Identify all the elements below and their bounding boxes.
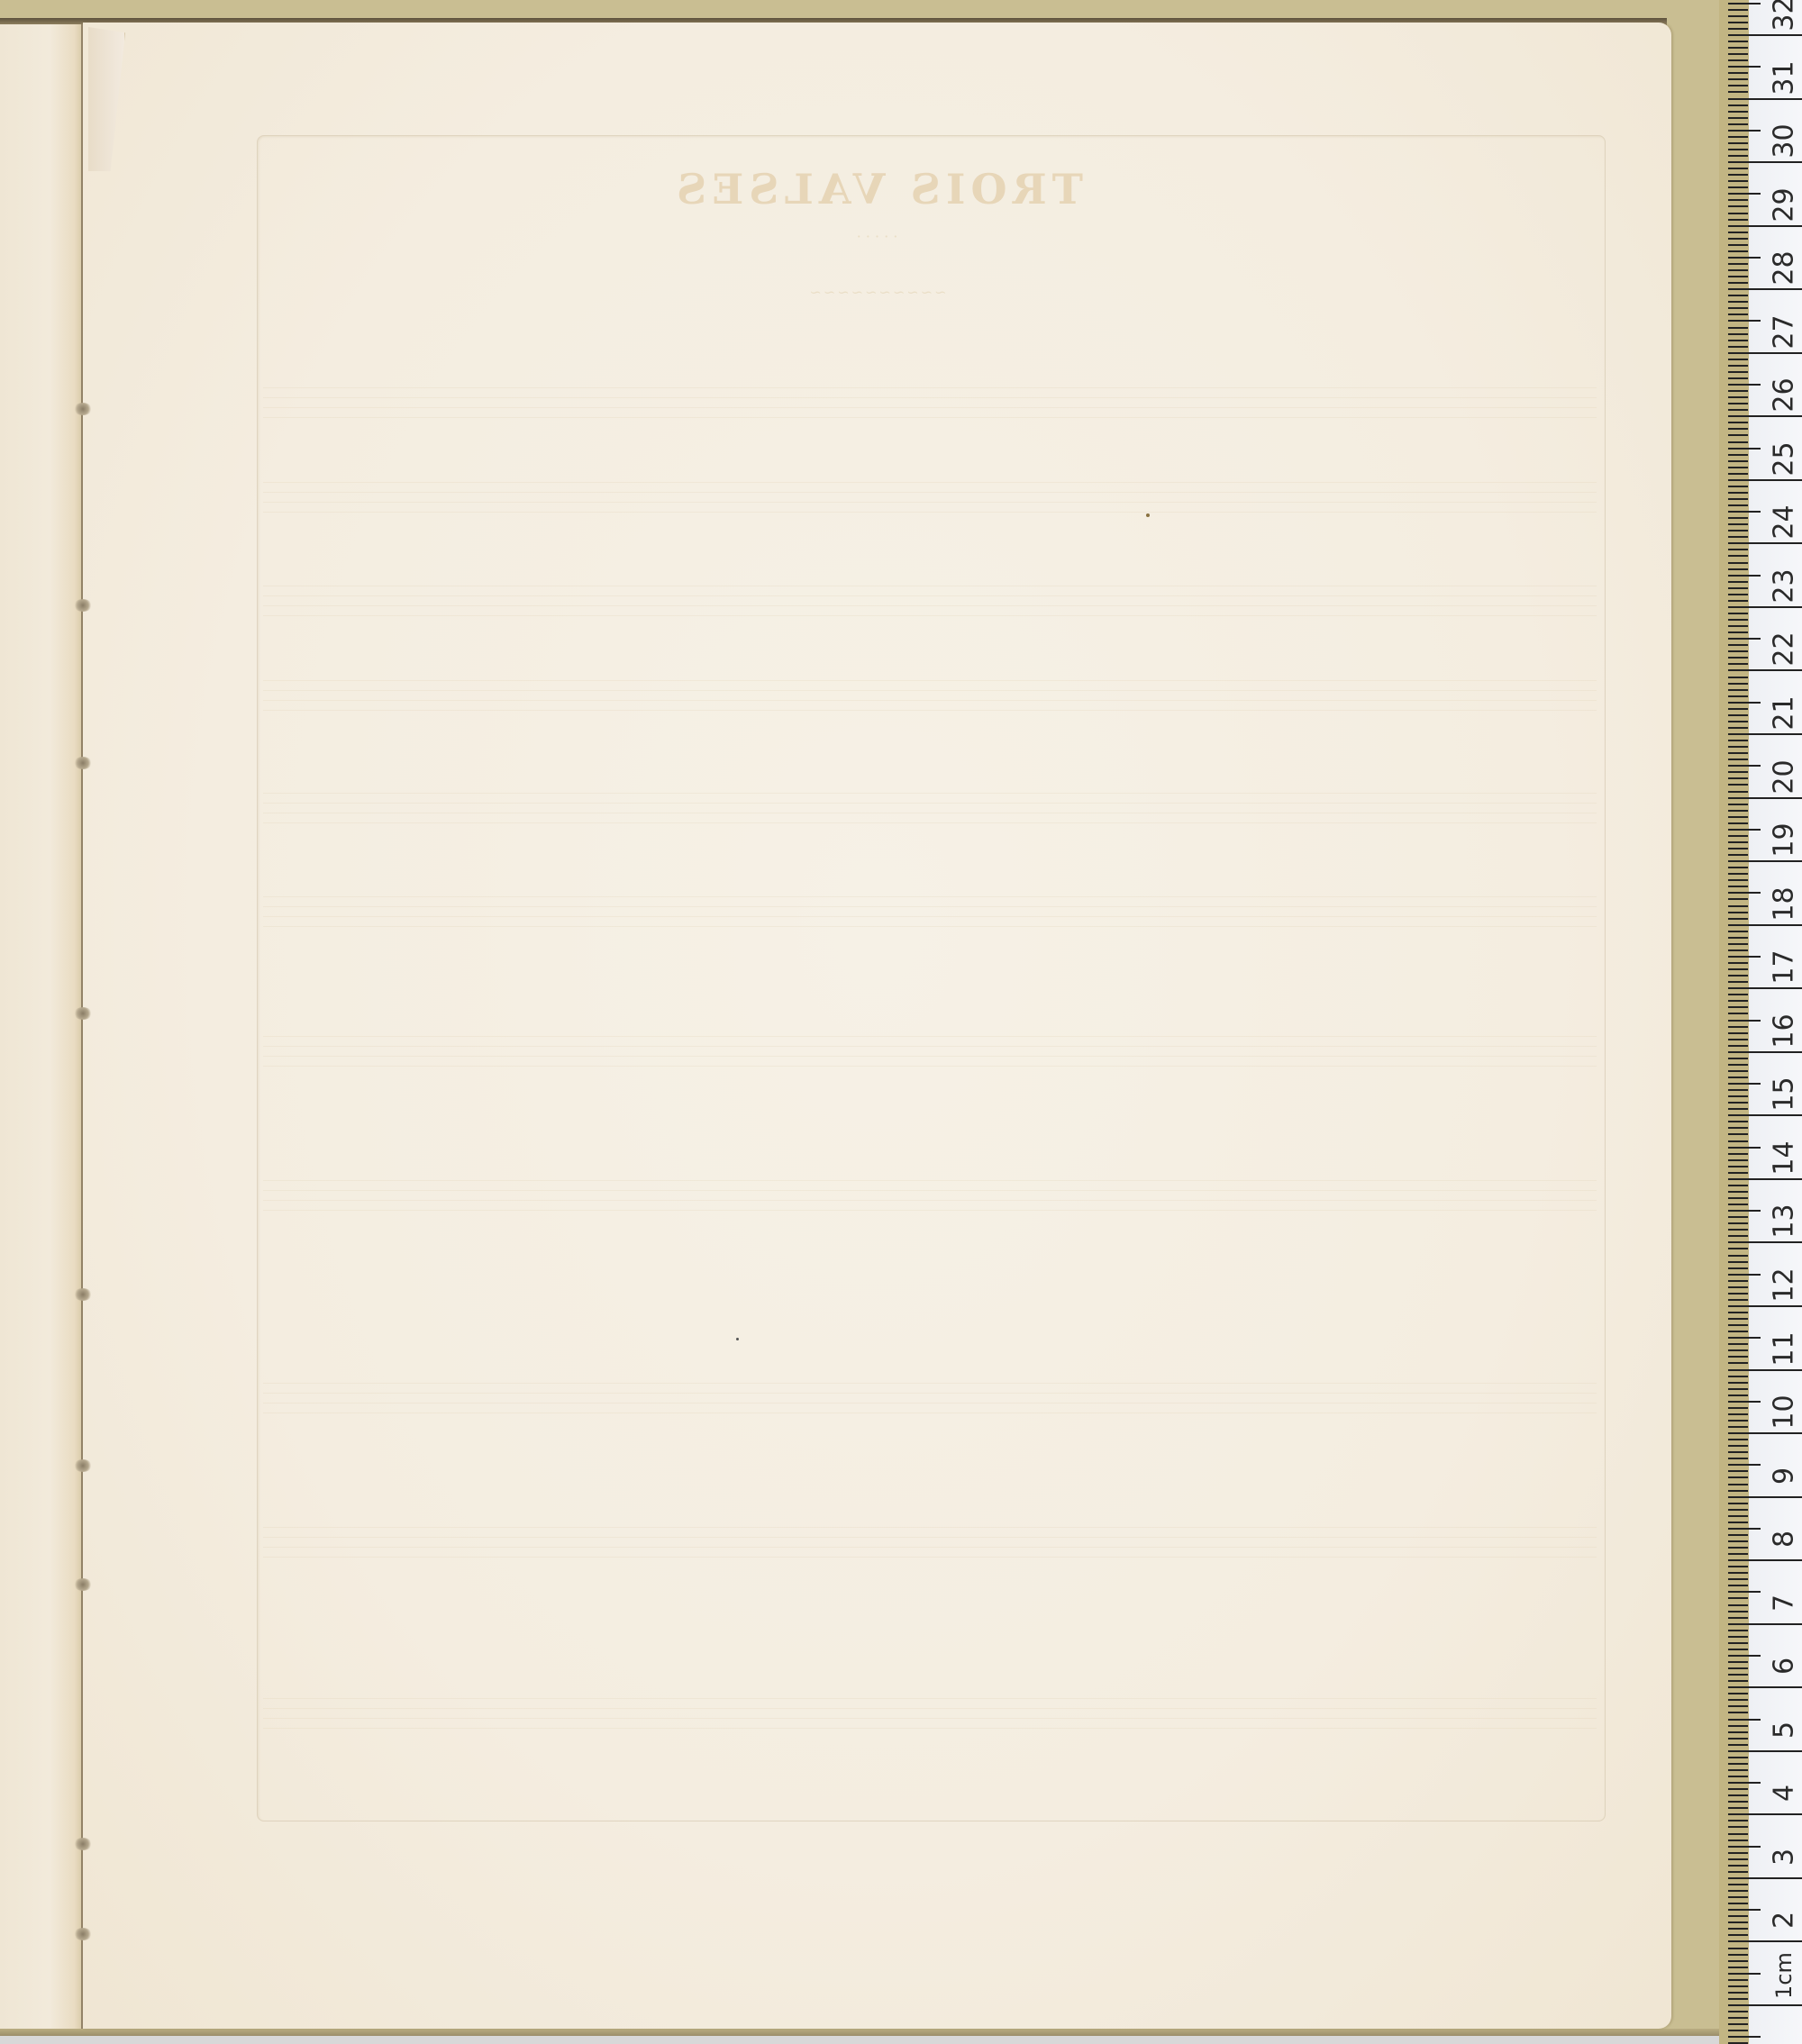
- bleed-through-title: TROIS VALSES: [83, 165, 1671, 213]
- ruler-tick: [1728, 1178, 1802, 1180]
- ruler-tick: [1728, 631, 1748, 633]
- ruler-tick: [1728, 1185, 1748, 1186]
- ruler-tick: [1728, 409, 1748, 411]
- ruler-tick: [1728, 708, 1748, 710]
- ruler-tick: [1728, 1884, 1748, 1885]
- bleed-staff-10: [263, 1518, 1597, 1561]
- ruler-label: 20: [1769, 759, 1800, 795]
- ruler-tick: [1728, 371, 1748, 373]
- ruler-tick: [1728, 238, 1748, 240]
- ruler-label: 13: [1769, 1204, 1800, 1240]
- ruler-tick: [1728, 765, 1761, 767]
- ruler-tick: [1728, 448, 1761, 450]
- ruler-tick: [1728, 263, 1748, 265]
- ruler-tick: [1728, 346, 1748, 348]
- ruler-tick: [1728, 562, 1748, 564]
- ruler-tick: [1728, 1617, 1748, 1619]
- ruler-tick: [1728, 975, 1748, 977]
- ruler-tick: [1728, 365, 1748, 367]
- ruler-tick: [1728, 276, 1748, 277]
- ruler-tick: [1728, 1127, 1748, 1129]
- ruler-tick: [1728, 1820, 1748, 1821]
- ruler-tick: [1728, 1807, 1748, 1809]
- ruler-tick: [1728, 587, 1748, 589]
- ruler-tick: [1728, 1877, 1802, 1879]
- ruler-tick: [1728, 1960, 1748, 1962]
- scanner-bottom-strip: [0, 2036, 1719, 2044]
- ruler-tick: [1728, 85, 1748, 86]
- ruler-tick: [1728, 2004, 1802, 2006]
- ruler-tick: [1728, 225, 1802, 227]
- ruler-tick: [1728, 892, 1761, 894]
- ruler-tick: [1728, 41, 1748, 42]
- ruler-tick: [1728, 288, 1802, 290]
- ruler-tick: [1728, 727, 1748, 729]
- ruler-tick: [1728, 186, 1748, 188]
- bottom-edge-shadow: [0, 2029, 1719, 2036]
- ruler-tick: [1728, 669, 1802, 671]
- ruler-tick: [1728, 1636, 1748, 1638]
- ruler-tick: [1728, 918, 1748, 920]
- ruler-tick: [1728, 1083, 1761, 1085]
- ruler-tick: [1728, 1235, 1748, 1237]
- ruler-tick: [1728, 1039, 1748, 1040]
- bleed-through-subtitle: · · · · ·: [83, 228, 1671, 245]
- ruler-label: 23: [1769, 568, 1800, 604]
- ruler-tick: [1728, 199, 1748, 201]
- ruler-tick: [1728, 1769, 1748, 1771]
- bleed-through-rule: ~~~~~~~~~~: [83, 284, 1671, 301]
- ruler-tick: [1728, 1484, 1748, 1485]
- ruler-tick: [1728, 1699, 1748, 1701]
- ruler-tick: [1728, 492, 1748, 494]
- ruler-tick: [1728, 1967, 1748, 1968]
- ruler-tick: [1728, 504, 1748, 506]
- ink-speck: [736, 1338, 739, 1340]
- ruler-tick: [1728, 1476, 1748, 1478]
- ruler-tick: [1728, 1522, 1748, 1523]
- ruler-tick: [1728, 1337, 1761, 1339]
- ruler-tick: [1728, 98, 1802, 100]
- ruler-tick: [1728, 78, 1748, 80]
- ruler-tick: [1728, 1865, 1748, 1867]
- ruler-tick: [1728, 600, 1748, 602]
- ruler-tick: [1728, 59, 1748, 61]
- ruler-label: 7: [1769, 1585, 1800, 1622]
- ruler-tick: [1728, 1222, 1748, 1224]
- ruler-tick: [1728, 1547, 1748, 1549]
- ruler-tick: [1728, 804, 1748, 805]
- ruler-tick: [1728, 377, 1748, 379]
- ruler-tick: [1728, 1630, 1748, 1631]
- ruler-tick: [1728, 1261, 1748, 1263]
- ruler-tick: [1728, 213, 1748, 214]
- ruler-tick: [1728, 1318, 1748, 1320]
- ruler-tick: [1728, 1299, 1748, 1301]
- binding-stitch: [74, 1459, 92, 1472]
- ruler-label: 21: [1769, 695, 1800, 731]
- ruler-tick: [1728, 333, 1748, 335]
- ruler-tick: [1728, 1401, 1761, 1403]
- ruler-tick: [1728, 625, 1748, 627]
- ruler-tick: [1728, 1413, 1748, 1415]
- ruler-tick: [1728, 415, 1802, 417]
- ruler-tick: [1728, 1382, 1748, 1384]
- ruler-tick: [1728, 1280, 1748, 1282]
- ruler-tick: [1728, 1738, 1748, 1740]
- ruler-tick: [1728, 1954, 1748, 1956]
- ruler-tick: [1728, 905, 1748, 907]
- ruler-label: 9: [1769, 1458, 1800, 1494]
- ruler-tick: [1728, 702, 1761, 704]
- ruler-tick: [1728, 867, 1748, 868]
- bleed-staff-1: [263, 378, 1597, 422]
- ruler-tick: [1728, 1388, 1748, 1390]
- ruler-tick: [1728, 2030, 1748, 2031]
- ruler-label: 1cm: [1771, 1963, 1797, 1999]
- ruler-tick: [1728, 1376, 1748, 1377]
- ruler-tick: [1728, 931, 1748, 932]
- ruler-tick: [1728, 1286, 1748, 1288]
- ruler-tick: [1728, 1553, 1748, 1555]
- ruler-tick: [1728, 1896, 1748, 1898]
- ruler-label: 27: [1769, 314, 1800, 350]
- ruler-tick: [1728, 714, 1748, 716]
- ruler-tick: [1728, 733, 1802, 735]
- ruler-tick: [1728, 396, 1748, 398]
- ruler-tick: [1728, 1890, 1748, 1892]
- ruler-tick: [1728, 1623, 1802, 1625]
- ruler-label: 15: [1769, 1077, 1800, 1113]
- ruler-tick: [1728, 219, 1748, 221]
- ruler-tick: [1728, 949, 1748, 951]
- ruler-tick: [1728, 1611, 1748, 1612]
- ruler-tick: [1728, 1058, 1748, 1059]
- ruler-tick: [1728, 2017, 1748, 2019]
- ruler-tick: [1728, 390, 1748, 392]
- ruler-tick: [1728, 937, 1748, 939]
- ruler-tick: [1728, 422, 1748, 423]
- ruler-tick: [1728, 721, 1748, 722]
- ruler-tick: [1728, 486, 1748, 487]
- ruler-tick: [1728, 1667, 1748, 1669]
- ruler-tick: [1728, 848, 1748, 849]
- ruler-tick: [1728, 1693, 1748, 1694]
- ruler-tick: [1728, 791, 1748, 793]
- ruler-label: 14: [1769, 1140, 1800, 1176]
- ruler-tick: [1728, 1578, 1748, 1580]
- ruler-tick: [1728, 1731, 1748, 1733]
- ruler-tick: [1728, 1871, 1748, 1873]
- ruler-tick: [1728, 1432, 1802, 1434]
- ruler-tick: [1728, 161, 1802, 163]
- ruler-tick: [1728, 1597, 1748, 1599]
- bleed-staff-2: [263, 473, 1597, 516]
- ruler-tick: [1728, 650, 1748, 652]
- bleed-staff-5: [263, 784, 1597, 827]
- ruler-tick: [1728, 1948, 1748, 1949]
- ruler-label: 4: [1769, 1776, 1800, 1812]
- ruler-tick: [1728, 403, 1748, 404]
- ruler-label: 25: [1769, 441, 1800, 477]
- ruler-tick: [1728, 956, 1761, 958]
- ruler-tick: [1728, 1985, 1748, 1987]
- bleed-staff-7: [263, 1027, 1597, 1070]
- ruler-tick: [1728, 1840, 1748, 1841]
- ruler-tick: [1728, 28, 1748, 30]
- ruler-tick: [1728, 1674, 1748, 1676]
- ruler-tick: [1728, 1934, 1748, 1936]
- ruler-label: 11: [1769, 1331, 1800, 1367]
- binding-stitch: [74, 1838, 92, 1850]
- ruler-tick: [1728, 1197, 1748, 1199]
- ruler-tick: [1728, 123, 1748, 125]
- ruler-tick: [1728, 155, 1748, 157]
- ruler-tick: [1728, 295, 1748, 296]
- ruler-tick: [1728, 301, 1748, 303]
- ruler-tick: [1728, 1725, 1748, 1727]
- ruler-tick: [1728, 683, 1748, 685]
- ruler-tick: [1728, 1121, 1748, 1122]
- ruler-tick: [1728, 555, 1748, 557]
- ruler-tick: [1728, 1331, 1748, 1332]
- ruler-tick: [1728, 205, 1748, 207]
- ruler-tick: [1728, 340, 1748, 341]
- ruler-tick: [1728, 1464, 1761, 1466]
- ruler-tick: [1728, 1445, 1748, 1447]
- ruler-tick: [1728, 180, 1748, 182]
- ruler-tick: [1728, 1744, 1748, 1746]
- ruler-tick: [1728, 2023, 1748, 2025]
- ruler-tick: [1728, 1229, 1748, 1231]
- ruler-tick: [1728, 841, 1748, 843]
- ruler-tick: [1728, 1470, 1748, 1472]
- ruler-tick: [1728, 816, 1748, 818]
- ruler-tick: [1728, 1763, 1748, 1765]
- ruler-tick: [1728, 962, 1748, 964]
- ruler-tick: [1728, 1020, 1761, 1022]
- ruler-tick: [1728, 1826, 1748, 1828]
- ruler-tick: [1728, 594, 1748, 595]
- ruler-tick: [1728, 1362, 1748, 1364]
- ruler-tick: [1728, 1915, 1748, 1917]
- ruler-tick: [1728, 1559, 1802, 1561]
- ruler-tick: [1728, 1000, 1748, 1002]
- ruler-tick: [1728, 1255, 1748, 1257]
- ruler-tick: [1728, 994, 1748, 995]
- ruler-tick: [1728, 1089, 1748, 1091]
- ruler-tick: [1728, 1356, 1748, 1358]
- ruler-tick: [1728, 1394, 1748, 1396]
- ruler-tick: [1728, 1776, 1748, 1777]
- ruler-tick: [1728, 1940, 1802, 1942]
- ruler-tick: [1728, 511, 1761, 513]
- ruler-tick: [1728, 943, 1748, 945]
- ruler-tick: [1728, 879, 1748, 881]
- ruler-tick: [1728, 3, 1761, 5]
- ruler-label: 29: [1769, 187, 1800, 223]
- ruler-tick: [1728, 822, 1748, 824]
- ruler-tick: [1728, 644, 1748, 646]
- ruler-tick: [1728, 2036, 1761, 2038]
- ruler-tick: [1728, 1204, 1748, 1205]
- ruler-tick: [1728, 759, 1748, 760]
- ruler-tick: [1728, 517, 1748, 519]
- ruler-label: 18: [1769, 886, 1800, 922]
- ruler-tick: [1728, 72, 1748, 74]
- ruler-tick: [1728, 174, 1748, 176]
- ruler-tick: [1728, 1210, 1761, 1212]
- ruler-tick: [1728, 454, 1748, 456]
- ruler-tick: [1728, 810, 1748, 812]
- ruler-tick: [1728, 66, 1761, 68]
- ruler-tick: [1728, 498, 1748, 500]
- ruler-tick: [1728, 1267, 1748, 1269]
- ruler-tick: [1728, 1153, 1748, 1155]
- left-leaf: [0, 24, 83, 2029]
- ruler-tick: [1728, 1909, 1761, 1911]
- ruler-tick: [1728, 1147, 1761, 1149]
- ruler-tick: [1728, 384, 1761, 386]
- ruler-tick: [1728, 250, 1748, 252]
- ruler-tick: [1728, 22, 1748, 23]
- ruler-tick: [1728, 689, 1748, 691]
- ruler-tick: [1728, 244, 1748, 246]
- ruler-tick: [1728, 568, 1748, 570]
- ruler-tick: [1728, 1013, 1748, 1014]
- ruler-tick: [1728, 1064, 1748, 1066]
- ruler-tick: [1728, 1426, 1748, 1428]
- ruler-tick: [1728, 1566, 1748, 1567]
- ruler-label: 24: [1769, 504, 1800, 541]
- ruler-tick: [1728, 1369, 1802, 1371]
- ruler-tick: [1728, 1133, 1748, 1135]
- ruler-tick: [1728, 313, 1748, 315]
- ruler-tick: [1728, 1757, 1748, 1758]
- ruler-tick: [1728, 873, 1748, 875]
- ruler-tick: [1728, 1070, 1748, 1072]
- ruler-tick: [1728, 777, 1748, 779]
- ruler-tick: [1728, 1503, 1748, 1504]
- ruler-tick: [1728, 663, 1748, 665]
- ruler-tick: [1728, 854, 1748, 856]
- ruler-tick: [1728, 34, 1802, 36]
- ruler-tick: [1728, 695, 1748, 697]
- ruler-tick: [1728, 1712, 1748, 1713]
- ruler-tick: [1728, 1095, 1748, 1097]
- ruler-tick: [1728, 1921, 1748, 1923]
- ruler-tick: [1728, 142, 1748, 144]
- ruler-label: 2: [1769, 1903, 1800, 1939]
- binding-stitch: [74, 1928, 92, 1940]
- ruler-tick: [1728, 1680, 1748, 1682]
- ruler-tick: [1728, 104, 1748, 106]
- ruler-tick: [1728, 1642, 1748, 1644]
- ruler-tick: [1728, 352, 1802, 354]
- ruler-tick: [1728, 460, 1748, 462]
- ruler-tick: [1728, 1719, 1761, 1721]
- ruler-label: 22: [1769, 631, 1800, 668]
- ruler-tick: [1728, 1166, 1748, 1167]
- ruler-tick: [1728, 479, 1802, 481]
- ruler-tick: [1728, 1661, 1748, 1663]
- ruler-tick: [1728, 860, 1802, 862]
- ruler-tick: [1728, 1528, 1761, 1530]
- ruler-tick: [1728, 136, 1748, 138]
- ruler-tick: [1728, 1705, 1748, 1707]
- ruler-tick: [1728, 740, 1748, 741]
- ruler-tick: [1728, 434, 1748, 436]
- ruler-tick: [1728, 987, 1802, 989]
- ruler-tick: [1728, 1293, 1748, 1295]
- ruler-tick: [1728, 359, 1748, 360]
- ruler-tick: [1728, 307, 1748, 309]
- ruler-tick: [1728, 2011, 1748, 2012]
- ruler-tick: [1728, 1216, 1748, 1218]
- ruler-tick: [1728, 638, 1761, 640]
- ruler-tick: [1728, 1248, 1748, 1249]
- ruler-tick: [1728, 1604, 1748, 1606]
- binding-stitch: [74, 1578, 92, 1591]
- ruler-tick: [1728, 1801, 1748, 1803]
- ruler-tick: [1728, 1992, 1748, 1994]
- ruler-tick: [1728, 1407, 1748, 1409]
- ruler-tick: [1728, 1858, 1748, 1860]
- ruler-tick: [1728, 1572, 1748, 1574]
- ruler-tick: [1728, 981, 1748, 983]
- ruler-tick: [1728, 1172, 1748, 1174]
- binding-stitch: [74, 1007, 92, 1020]
- ruler-tick: [1728, 193, 1761, 195]
- ruler-tick: [1728, 542, 1802, 544]
- ruler-label: 26: [1769, 377, 1800, 413]
- ruler-tick: [1728, 282, 1748, 284]
- ruler-label: 3: [1769, 1840, 1800, 1876]
- ruler-tick: [1728, 467, 1748, 468]
- ruler-tick: [1728, 1782, 1761, 1784]
- ruler-tick: [1728, 1846, 1761, 1848]
- ruler-tick: [1728, 1343, 1748, 1345]
- ruler-label: 8: [1769, 1522, 1800, 1558]
- ruler-tick: [1728, 677, 1748, 678]
- ruler-tick: [1728, 1108, 1748, 1110]
- ruler-tick: [1728, 1591, 1761, 1593]
- music-sheet-page: TROIS VALSES · · · · · ~~~~~~~~~~: [83, 23, 1671, 2029]
- ruler-tick: [1728, 898, 1748, 900]
- ruler-tick: [1728, 784, 1748, 786]
- ruler-tick: [1728, 1140, 1748, 1142]
- ruler-tick: [1728, 1998, 1748, 2000]
- ruler-tick: [1728, 575, 1761, 577]
- ruler-tick: [1728, 829, 1761, 831]
- ruler-label: 32: [1769, 0, 1800, 32]
- ruler-tick: [1728, 168, 1748, 169]
- ruler-tick: [1728, 111, 1748, 113]
- ruler-tick: [1728, 441, 1748, 443]
- ruler-label: 6: [1769, 1649, 1800, 1685]
- ruler-tick: [1728, 117, 1748, 119]
- ruler-label: 19: [1769, 822, 1800, 858]
- ruler-tick: [1728, 257, 1761, 259]
- ruler-tick: [1728, 581, 1748, 583]
- ruler-tick: [1728, 1451, 1748, 1453]
- ruler-tick: [1728, 797, 1802, 799]
- ruler-tick: [1728, 1102, 1748, 1104]
- ruler-tick: [1728, 1833, 1748, 1835]
- bleed-staff-9: [263, 1374, 1597, 1417]
- ruler-tick: [1728, 1973, 1761, 1975]
- binding-stitch: [74, 403, 92, 415]
